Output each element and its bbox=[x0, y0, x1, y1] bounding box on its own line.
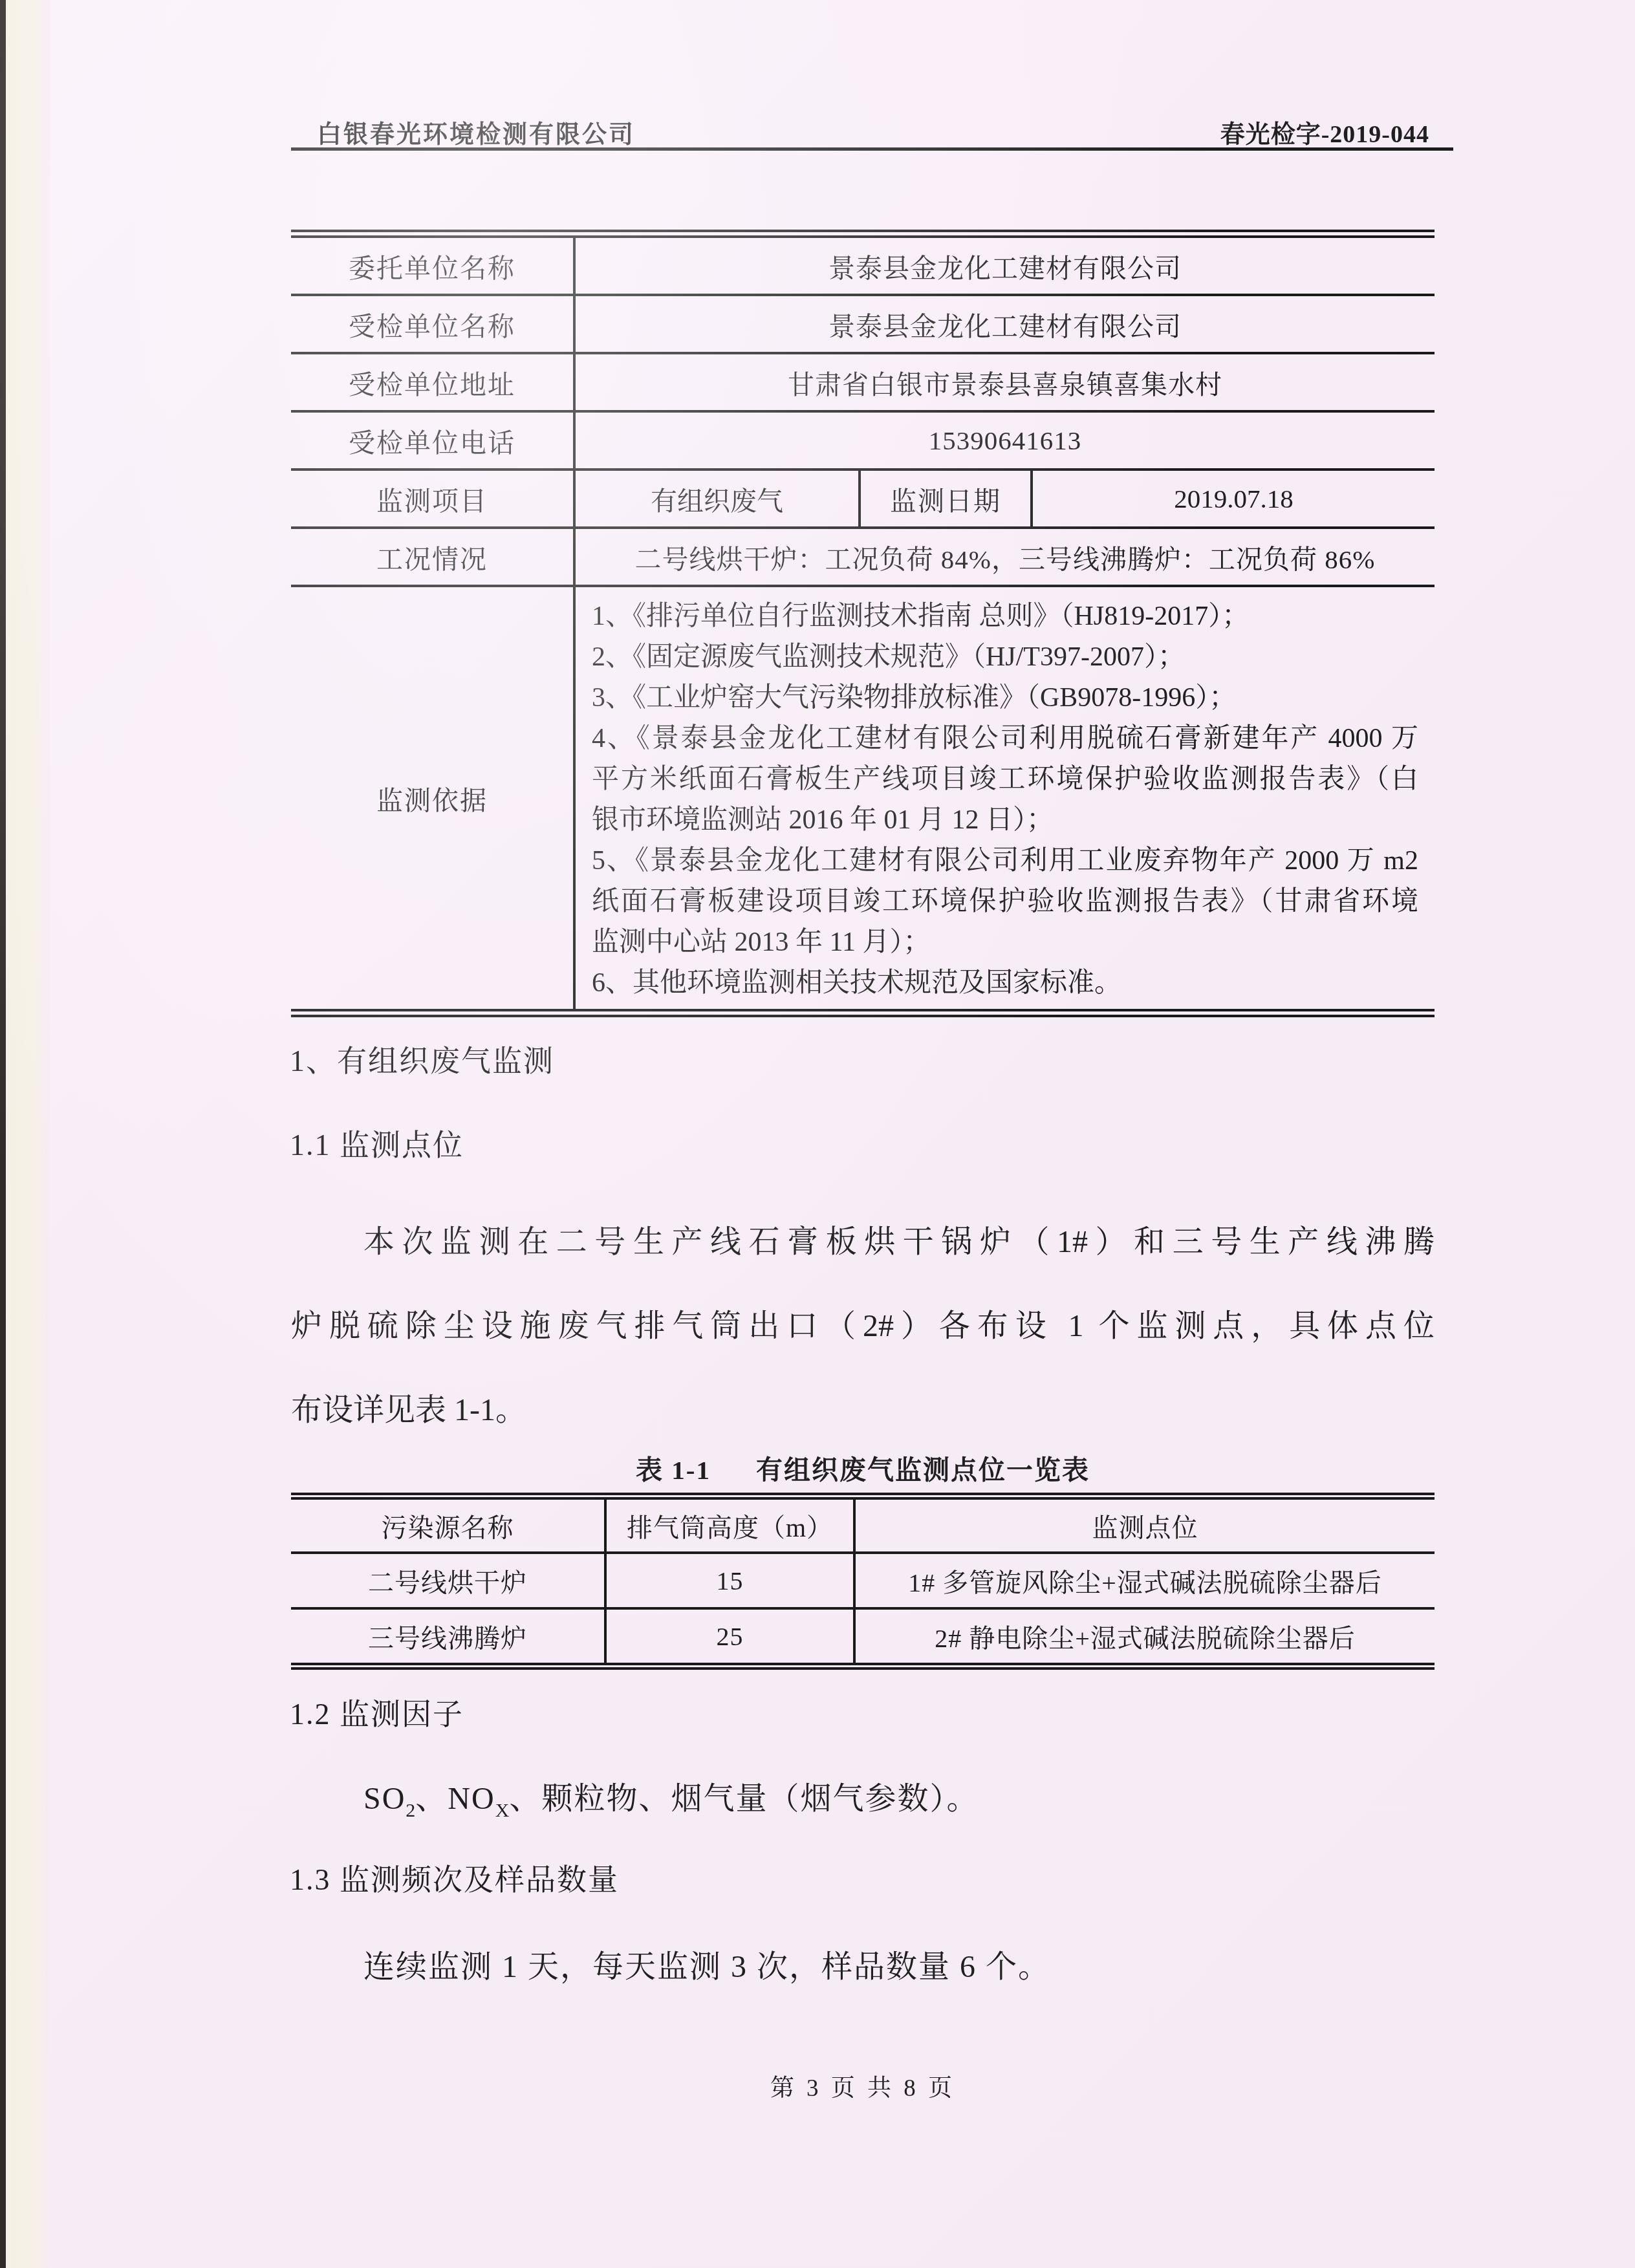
basis-line: 监测中心站 2013 年 11 月）； bbox=[592, 922, 1418, 963]
info-label: 委托单位名称 bbox=[291, 238, 576, 294]
table-header-row: 污染源名称 排气筒高度（m） 监测点位 bbox=[291, 1500, 1435, 1554]
basis-line: 5、《景泰县金龙化工建材有限公司利用工业废弃物年产 2000 万 m2 bbox=[592, 841, 1418, 881]
table-row: 三号线沸腾炉 25 2# 静电除尘+湿式碱法脱硫除尘器后 bbox=[291, 1610, 1435, 1663]
date-label: 监测日期 bbox=[861, 471, 1033, 526]
section-1-1-heading: 1.1 监测点位 bbox=[290, 1121, 464, 1164]
info-label: 受检单位名称 bbox=[291, 296, 576, 352]
section-1-2-heading: 1.2 监测因子 bbox=[290, 1690, 464, 1733]
basis-line: 平方米纸面石膏板生产线项目竣工环境保护验收监测报告表》（白 bbox=[592, 759, 1418, 800]
info-row-condition: 工况情况 二号线烘干炉：工况负荷 84%，三号线沸腾炉：工况负荷 86% bbox=[291, 529, 1435, 587]
cell-height: 15 bbox=[607, 1554, 856, 1607]
info-value: 甘肃省白银市景泰县喜泉镇喜集水村 bbox=[576, 354, 1435, 410]
paragraph-line: 本次监测在二号生产线石膏板烘干锅炉（1#）和三号生产线沸腾 bbox=[291, 1200, 1435, 1284]
basis-line: 4、《景泰县金龙化工建材有限公司利用脱硫石膏新建年产 4000 万 bbox=[592, 718, 1418, 759]
cell-source: 二号线烘干炉 bbox=[291, 1554, 607, 1607]
condition-value: 二号线烘干炉：工况负荷 84%，三号线沸腾炉：工况负荷 86% bbox=[576, 529, 1435, 585]
info-label: 工况情况 bbox=[291, 529, 576, 585]
paragraph-line: 布设详见表 1-1。 bbox=[291, 1368, 1435, 1453]
scanner-edge-shadow bbox=[0, 0, 6, 2268]
info-row-client-name: 委托单位名称 景泰县金龙化工建材有限公司 bbox=[291, 238, 1435, 296]
col-header-source: 污染源名称 bbox=[291, 1500, 607, 1551]
basis-line: 纸面石膏板建设项目竣工环境保护验收监测报告表》（甘肃省环境 bbox=[592, 881, 1418, 922]
info-row-basis: 监测依据 1、《排污单位自行监测技术指南 总则》（HJ819-2017）； 2、… bbox=[291, 587, 1435, 1009]
factor-text: SO bbox=[363, 1782, 406, 1816]
header-company-name: 白银春光环境检测有限公司 bbox=[317, 114, 635, 149]
col-header-point: 监测点位 bbox=[856, 1500, 1435, 1551]
cell-height: 25 bbox=[607, 1610, 856, 1663]
info-row-inspected-name: 受检单位名称 景泰县金龙化工建材有限公司 bbox=[291, 296, 1435, 354]
monitoring-points-paragraph: 本次监测在二号生产线石膏板烘干锅炉（1#）和三号生产线沸腾 炉脱硫除尘设施废气排… bbox=[291, 1200, 1435, 1453]
basis-list: 1、《排污单位自行监测技术指南 总则》（HJ819-2017）； 2、《固定源废… bbox=[576, 587, 1435, 1009]
monitoring-factors-line: SO2、NOX、颗粒物、烟气量（烟气参数）。 bbox=[363, 1773, 979, 1822]
basis-line: 1、《排污单位自行监测技术指南 总则》（HJ819-2017）； bbox=[592, 596, 1418, 637]
info-value: 景泰县金龙化工建材有限公司 bbox=[576, 296, 1435, 352]
factor-subscript: 2 bbox=[406, 1800, 415, 1821]
page-number-footer: 第 3 页 共 8 页 bbox=[291, 2068, 1435, 2103]
cell-point: 2# 静电除尘+湿式碱法脱硫除尘器后 bbox=[856, 1610, 1435, 1663]
table-1-1-caption: 表 1-1有组织废气监测点位一览表 bbox=[291, 1449, 1435, 1487]
info-row-phone: 受检单位电话 15390641613 bbox=[291, 413, 1435, 471]
col-header-stack-height: 排气筒高度（m） bbox=[607, 1500, 856, 1551]
basis-line: 银市环境监测站 2016 年 01 月 12 日）； bbox=[592, 800, 1418, 841]
header-doc-number: 春光检字-2019-044 bbox=[1196, 114, 1429, 149]
factor-text: 、NO bbox=[415, 1782, 495, 1816]
info-label: 受检单位电话 bbox=[291, 413, 576, 468]
project-value: 有组织废气 bbox=[576, 471, 861, 526]
table-1-1: 污染源名称 排气筒高度（m） 监测点位 二号线烘干炉 15 1# 多管旋风除尘+… bbox=[291, 1493, 1435, 1670]
date-value: 2019.07.18 bbox=[1033, 471, 1435, 526]
cell-point: 1# 多管旋风除尘+湿式碱法脱硫除尘器后 bbox=[856, 1554, 1435, 1607]
section-1-heading: 1、有组织废气监测 bbox=[290, 1037, 554, 1080]
info-row-project-date: 监测项目 有组织废气 监测日期 2019.07.18 bbox=[291, 471, 1435, 529]
info-label: 受检单位地址 bbox=[291, 354, 576, 410]
section-1-3-heading: 1.3 监测频次及样品数量 bbox=[290, 1856, 619, 1899]
scanned-document-page: 白银春光环境检测有限公司 春光检字-2019-044 委托单位名称 景泰县金龙化… bbox=[0, 0, 1635, 2268]
basis-line: 6、其他环境监测相关技术规范及国家标准。 bbox=[592, 963, 1418, 1004]
cell-source: 三号线沸腾炉 bbox=[291, 1610, 607, 1663]
frequency-text: 连续监测 1 天，每天监测 3 次，样品数量 6 个。 bbox=[363, 1941, 1050, 1986]
basis-line: 3、《工业炉窑大气污染物排放标准》（GB9078-1996）； bbox=[592, 678, 1418, 718]
info-value: 景泰县金龙化工建材有限公司 bbox=[576, 238, 1435, 294]
info-label: 监测项目 bbox=[291, 471, 576, 526]
basis-line: 2、《固定源废气监测技术规范》（HJ/T397-2007）； bbox=[592, 637, 1418, 678]
table-row: 二号线烘干炉 15 1# 多管旋风除尘+湿式碱法脱硫除尘器后 bbox=[291, 1554, 1435, 1610]
factor-subscript: X bbox=[495, 1800, 510, 1821]
table-caption-number: 表 1-1 bbox=[636, 1455, 711, 1485]
info-label: 监测依据 bbox=[291, 587, 576, 1009]
factor-text: 、颗粒物、烟气量（烟气参数）。 bbox=[509, 1782, 979, 1816]
table-caption-title: 有组织废气监测点位一览表 bbox=[756, 1455, 1090, 1485]
info-value: 15390641613 bbox=[576, 413, 1435, 468]
paragraph-line: 炉脱硫除尘设施废气排气筒出口（2#）各布设 1 个监测点，具体点位 bbox=[291, 1284, 1435, 1368]
header-rule bbox=[291, 147, 1453, 151]
info-table: 委托单位名称 景泰县金龙化工建材有限公司 受检单位名称 景泰县金龙化工建材有限公… bbox=[291, 230, 1435, 1017]
paper-left-edge bbox=[6, 0, 50, 2268]
info-row-address: 受检单位地址 甘肃省白银市景泰县喜泉镇喜集水村 bbox=[291, 354, 1435, 413]
